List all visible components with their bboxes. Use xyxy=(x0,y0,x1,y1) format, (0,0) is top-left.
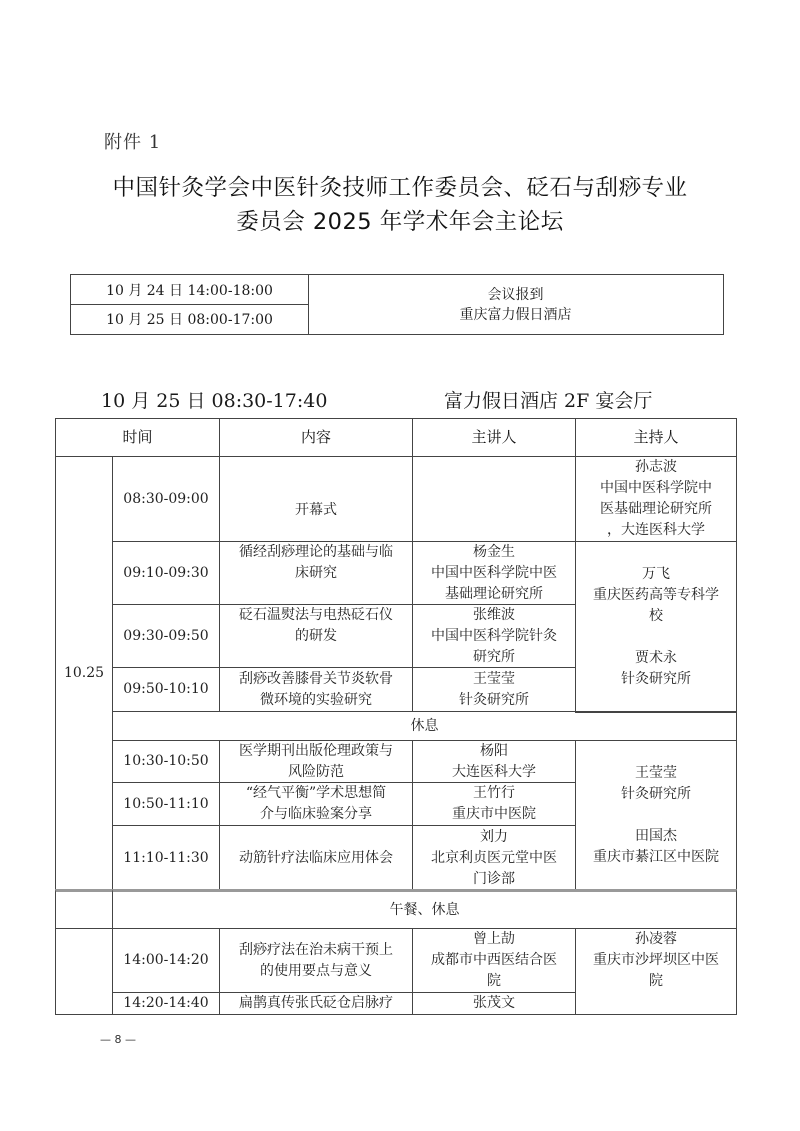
speaker-org-line: 重庆市中医院 xyxy=(452,804,536,825)
session-venue: 富力假日酒店 2F 宴会厅 xyxy=(444,386,652,413)
attachment-label: 附件 1 xyxy=(104,128,161,154)
host-cell: 孙志波 中国中医科学院中 医基础理论研究所 ，大连医科大学 xyxy=(575,456,737,542)
document-title-line-1: 中国针灸学会中医针灸技师工作委员会、砭石与刮痧专业 xyxy=(0,170,800,202)
speaker-cell: 刘力 北京利贞医元堂中医 门诊部 xyxy=(412,825,576,891)
speaker-org-line: 针灸研究所 xyxy=(459,690,529,711)
break-row: 休息 xyxy=(112,711,737,741)
content-line: 开幕式 xyxy=(295,500,337,521)
host-org-line: 院 xyxy=(649,971,663,992)
host-cell: 孙凌蓉 重庆市沙坪坝区中医 院 xyxy=(575,928,737,1015)
content-cell: 开幕式 xyxy=(219,456,413,542)
host-org-line: 医基础理论研究所 xyxy=(600,499,712,520)
speaker-name: 杨金生 xyxy=(473,542,515,563)
speaker-name: 刘力 xyxy=(480,827,508,848)
time-cell: 09:10-09:30 xyxy=(112,541,220,605)
host-org-line: 重庆医药高等专科学 xyxy=(593,585,719,606)
content-cell: 动筋针疗法临床应用体会 xyxy=(219,825,413,891)
content-cell: 扁鹊真传张氏砭仓启脉疗 xyxy=(219,992,413,1015)
content-line: 砭石温熨法与电热砭石仪 xyxy=(239,605,393,626)
speaker-name: 张维波 xyxy=(473,605,515,626)
speaker-name: 王莹莹 xyxy=(473,669,515,690)
speaker-cell-empty xyxy=(412,456,576,542)
host-name: 田国杰 xyxy=(635,826,677,847)
column-header-host: 主持人 xyxy=(575,418,737,457)
content-cell: 循经刮痧理论的基础与临 床研究 xyxy=(219,541,413,605)
content-line: 循经刮痧理论的基础与临 xyxy=(239,542,393,563)
content-line: 介与临床验案分享 xyxy=(260,804,372,825)
date-cell-afternoon xyxy=(55,928,113,1015)
host-cell: 王莹莹 针灸研究所 田国杰 重庆市綦江区中医院 xyxy=(575,740,737,891)
registration-location: 重庆富力假日酒店 xyxy=(460,305,572,325)
speaker-cell: 张维波 中国中医科学院针灸 研究所 xyxy=(412,604,576,668)
host-name: 孙志波 xyxy=(635,457,677,478)
content-cell: 医学期刊出版伦理政策与 风险防范 xyxy=(219,740,413,783)
content-line: 床研究 xyxy=(295,563,337,584)
speaker-org-line: 成都市中西医结合医 xyxy=(431,950,557,971)
time-cell: 10:50-11:10 xyxy=(112,782,220,826)
content-line: 扁鹊真传张氏砭仓启脉疗 xyxy=(239,993,393,1014)
page-number: — 8 — xyxy=(100,1033,136,1046)
speaker-org-line: 大连医科大学 xyxy=(452,762,536,783)
host-name: 万飞 xyxy=(642,564,670,585)
content-line: 动筋针疗法临床应用体会 xyxy=(239,848,393,869)
content-line: 微环境的实验研究 xyxy=(260,690,372,711)
host-org-line: 重庆市沙坪坝区中医 xyxy=(593,950,719,971)
host-cell: 万飞 重庆医药高等专科学 校 贾术永 针灸研究所 xyxy=(575,541,737,713)
host-org-line: 重庆市綦江区中医院 xyxy=(593,847,719,868)
content-cell: 砭石温熨法与电热砭石仪 的研发 xyxy=(219,604,413,668)
time-cell: 09:50-10:10 xyxy=(112,667,220,712)
date-cell: 10.25 xyxy=(55,456,113,891)
column-header-speaker: 主讲人 xyxy=(412,418,576,457)
speaker-cell: 王竹行 重庆市中医院 xyxy=(412,782,576,826)
content-line: 医学期刊出版伦理政策与 xyxy=(239,741,393,762)
speaker-name: 曾上劼 xyxy=(473,929,515,950)
registration-info: 会议报到 重庆富力假日酒店 xyxy=(308,275,723,334)
column-header-time: 时间 xyxy=(55,418,220,457)
schedule-table: 时间 内容 主讲人 主持人 10.25 08:30-09:00 开幕式 孙志波 … xyxy=(56,419,737,1015)
speaker-name: 王竹行 xyxy=(473,783,515,804)
time-cell: 14:00-14:20 xyxy=(112,928,220,993)
speaker-name: 杨阳 xyxy=(480,741,508,762)
content-line: “经气平衡”学术思想简 xyxy=(246,783,386,804)
speaker-org-line: 基础理论研究所 xyxy=(445,584,543,605)
lunch-break-row: 午餐、休息 xyxy=(112,889,737,929)
host-org-line: 针灸研究所 xyxy=(621,784,691,805)
date-cell-empty xyxy=(55,889,113,929)
host-name: 贾术永 xyxy=(635,648,677,669)
content-cell: “经气平衡”学术思想简 介与临床验案分享 xyxy=(219,782,413,826)
speaker-org-line: 院 xyxy=(487,971,501,992)
time-cell: 08:30-09:00 xyxy=(112,456,220,542)
registration-time-1: 10 月 24 日 14:00-18:00 xyxy=(71,275,309,305)
registration-table: 10 月 24 日 14:00-18:00 10 月 25 日 08:00-17… xyxy=(70,274,724,335)
host-name: 王莹莹 xyxy=(635,763,677,784)
speaker-org-line: 北京利贞医元堂中医 xyxy=(431,848,557,869)
registration-event: 会议报到 xyxy=(488,285,544,305)
speaker-cell: 杨阳 大连医科大学 xyxy=(412,740,576,783)
content-line: 的研发 xyxy=(295,626,337,647)
content-line: 刮痧改善膝骨关节炎软骨 xyxy=(239,669,393,690)
content-cell: 刮痧改善膝骨关节炎软骨 微环境的实验研究 xyxy=(219,667,413,712)
speaker-cell: 杨金生 中国中医科学院中医 基础理论研究所 xyxy=(412,541,576,605)
speaker-org-line: 研究所 xyxy=(473,647,515,668)
host-org-line: 校 xyxy=(649,606,663,627)
content-line: 风险防范 xyxy=(288,762,344,783)
registration-time-2: 10 月 25 日 08:00-17:00 xyxy=(71,304,309,334)
host-org-line: ，大连医科大学 xyxy=(607,520,705,541)
document-title-line-2: 委员会 2025 年学术年会主论坛 xyxy=(0,204,800,236)
session-datetime: 10 月 25 日 08:30-17:40 xyxy=(101,386,327,413)
speaker-org-line: 中国中医科学院针灸 xyxy=(431,626,557,647)
content-cell: 刮痧疗法在治未病干预上 的使用要点与意义 xyxy=(219,928,413,993)
host-org-line: 针灸研究所 xyxy=(621,669,691,690)
speaker-cell: 曾上劼 成都市中西医结合医 院 xyxy=(412,928,576,993)
speaker-name: 张茂文 xyxy=(473,993,515,1014)
speaker-cell: 张茂文 xyxy=(412,992,576,1015)
host-org-line: 中国中医科学院中 xyxy=(600,478,712,499)
time-cell: 09:30-09:50 xyxy=(112,604,220,668)
content-line: 的使用要点与意义 xyxy=(260,961,372,982)
time-cell: 11:10-11:30 xyxy=(112,825,220,891)
speaker-org-line: 中国中医科学院中医 xyxy=(431,563,557,584)
column-header-content: 内容 xyxy=(219,418,413,457)
speaker-cell: 王莹莹 针灸研究所 xyxy=(412,667,576,712)
speaker-org-line: 门诊部 xyxy=(473,869,515,890)
host-name: 孙凌蓉 xyxy=(635,929,677,950)
content-line: 刮痧疗法在治未病干预上 xyxy=(239,940,393,961)
time-cell: 10:30-10:50 xyxy=(112,740,220,783)
time-cell: 14:20-14:40 xyxy=(112,992,220,1015)
